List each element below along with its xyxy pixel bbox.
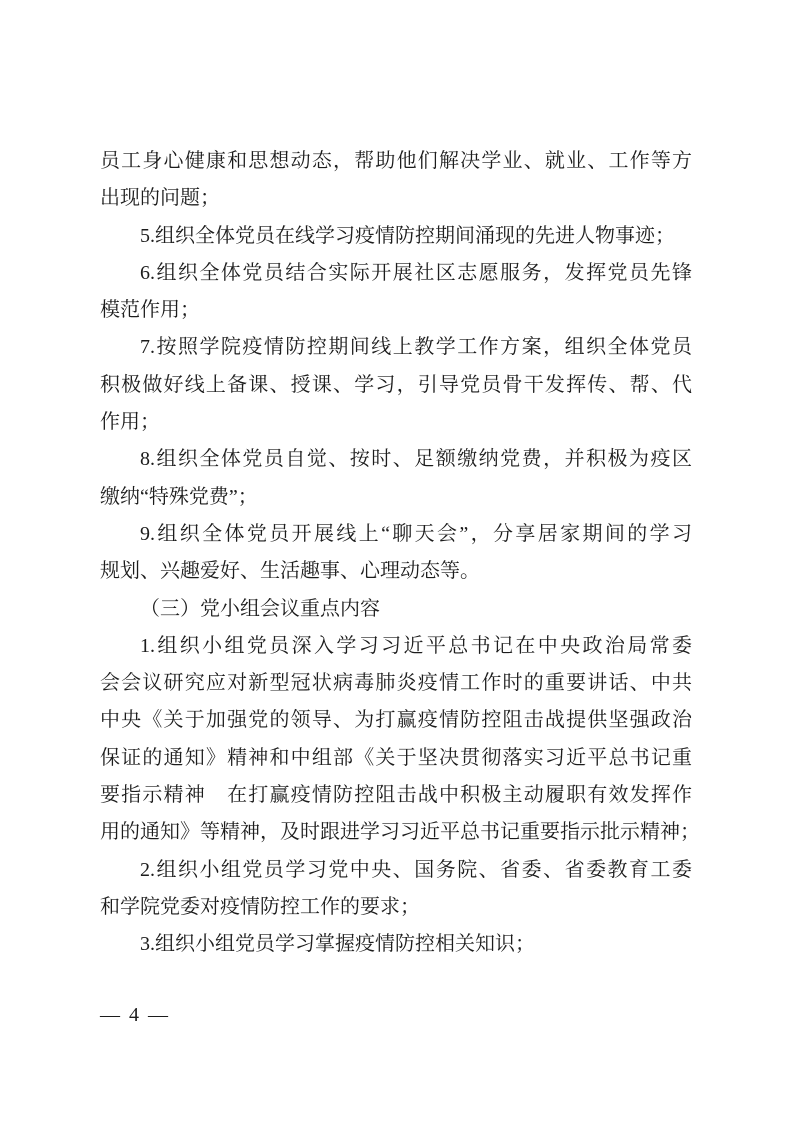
document-page: 员工身心健康和思想动态，帮助他们解决学业、就业、工作等方出现的问题；5.组织全体… bbox=[0, 0, 793, 1122]
text-line: 和学院党委对疫情防控工作的要求； bbox=[100, 889, 692, 926]
text-line: 1.组织小组党员深入学习习近平总书记在中央政治局常委 bbox=[100, 628, 692, 665]
text-line: 中央《关于加强党的领导、为打赢疫情防控阻击战提供坚强政治 bbox=[100, 702, 692, 739]
paragraph: 3.组织小组党员学习掌握疫情防控相关知识； bbox=[100, 926, 692, 963]
text-line: 5.组织全体党员在线学习疫情防控期间涌现的先进人物事迹； bbox=[100, 218, 692, 255]
text-line: 缴纳“特殊党费”； bbox=[100, 479, 692, 516]
paragraph: 2.组织小组党员学习党中央、国务院、省委、省委教育工委和学院党委对疫情防控工作的… bbox=[100, 852, 692, 927]
text-line: 2.组织小组党员学习党中央、国务院、省委、省委教育工委 bbox=[100, 852, 692, 889]
text-line: 7.按照学院疫情防控期间线上教学工作方案，组织全体党员 bbox=[100, 329, 692, 366]
text-line: 6.组织全体党员结合实际开展社区志愿服务，发挥党员先锋 bbox=[100, 255, 692, 292]
text-line: 保证的通知》精神和中组部《关于坚决贯彻落实习近平总书记重 bbox=[100, 740, 692, 777]
text-line: 9.组织全体党员开展线上“聊天会”，分享居家期间的学习 bbox=[100, 516, 692, 553]
text-line: 要指示精神 在打赢疫情防控阻击战中积极主动履职有效发挥作 bbox=[100, 777, 692, 814]
paragraph: 5.组织全体党员在线学习疫情防控期间涌现的先进人物事迹； bbox=[100, 218, 692, 255]
paragraph: 1.组织小组党员深入学习习近平总书记在中央政治局常委会会议研究应对新型冠状病毒肺… bbox=[100, 628, 692, 852]
paragraph: 员工身心健康和思想动态，帮助他们解决学业、就业、工作等方出现的问题； bbox=[100, 143, 692, 218]
page-footer: — 4 — bbox=[100, 997, 170, 1034]
document-body: 员工身心健康和思想动态，帮助他们解决学业、就业、工作等方出现的问题；5.组织全体… bbox=[100, 143, 692, 964]
text-line: 员工身心健康和思想动态，帮助他们解决学业、就业、工作等方 bbox=[100, 143, 692, 180]
text-line: （三）党小组会议重点内容 bbox=[100, 591, 692, 628]
text-line: 作用； bbox=[100, 404, 692, 441]
text-line: 模范作用； bbox=[100, 292, 692, 329]
text-line: 规划、兴趣爱好、生活趣事、心理动态等。 bbox=[100, 553, 692, 590]
text-line: 3.组织小组党员学习掌握疫情防控相关知识； bbox=[100, 926, 692, 963]
paragraph: 7.按照学院疫情防控期间线上教学工作方案，组织全体党员积极做好线上备课、授课、学… bbox=[100, 329, 692, 441]
paragraph: 9.组织全体党员开展线上“聊天会”，分享居家期间的学习规划、兴趣爱好、生活趣事、… bbox=[100, 516, 692, 591]
section-heading: （三）党小组会议重点内容 bbox=[100, 591, 692, 628]
text-line: 8.组织全体党员自觉、按时、足额缴纳党费，并积极为疫区 bbox=[100, 441, 692, 478]
paragraph: 8.组织全体党员自觉、按时、足额缴纳党费，并积极为疫区缴纳“特殊党费”； bbox=[100, 441, 692, 516]
page-number: — 4 — bbox=[100, 1004, 170, 1026]
paragraph: 6.组织全体党员结合实际开展社区志愿服务，发挥党员先锋模范作用； bbox=[100, 255, 692, 330]
text-line: 用的通知》等精神，及时跟进学习习近平总书记重要指示批示精神； bbox=[100, 814, 692, 851]
text-line: 会会议研究应对新型冠状病毒肺炎疫情工作时的重要讲话、中共 bbox=[100, 665, 692, 702]
text-line: 出现的问题； bbox=[100, 180, 692, 217]
text-line: 积极做好线上备课、授课、学习，引导党员骨干发挥传、帮、代 bbox=[100, 367, 692, 404]
